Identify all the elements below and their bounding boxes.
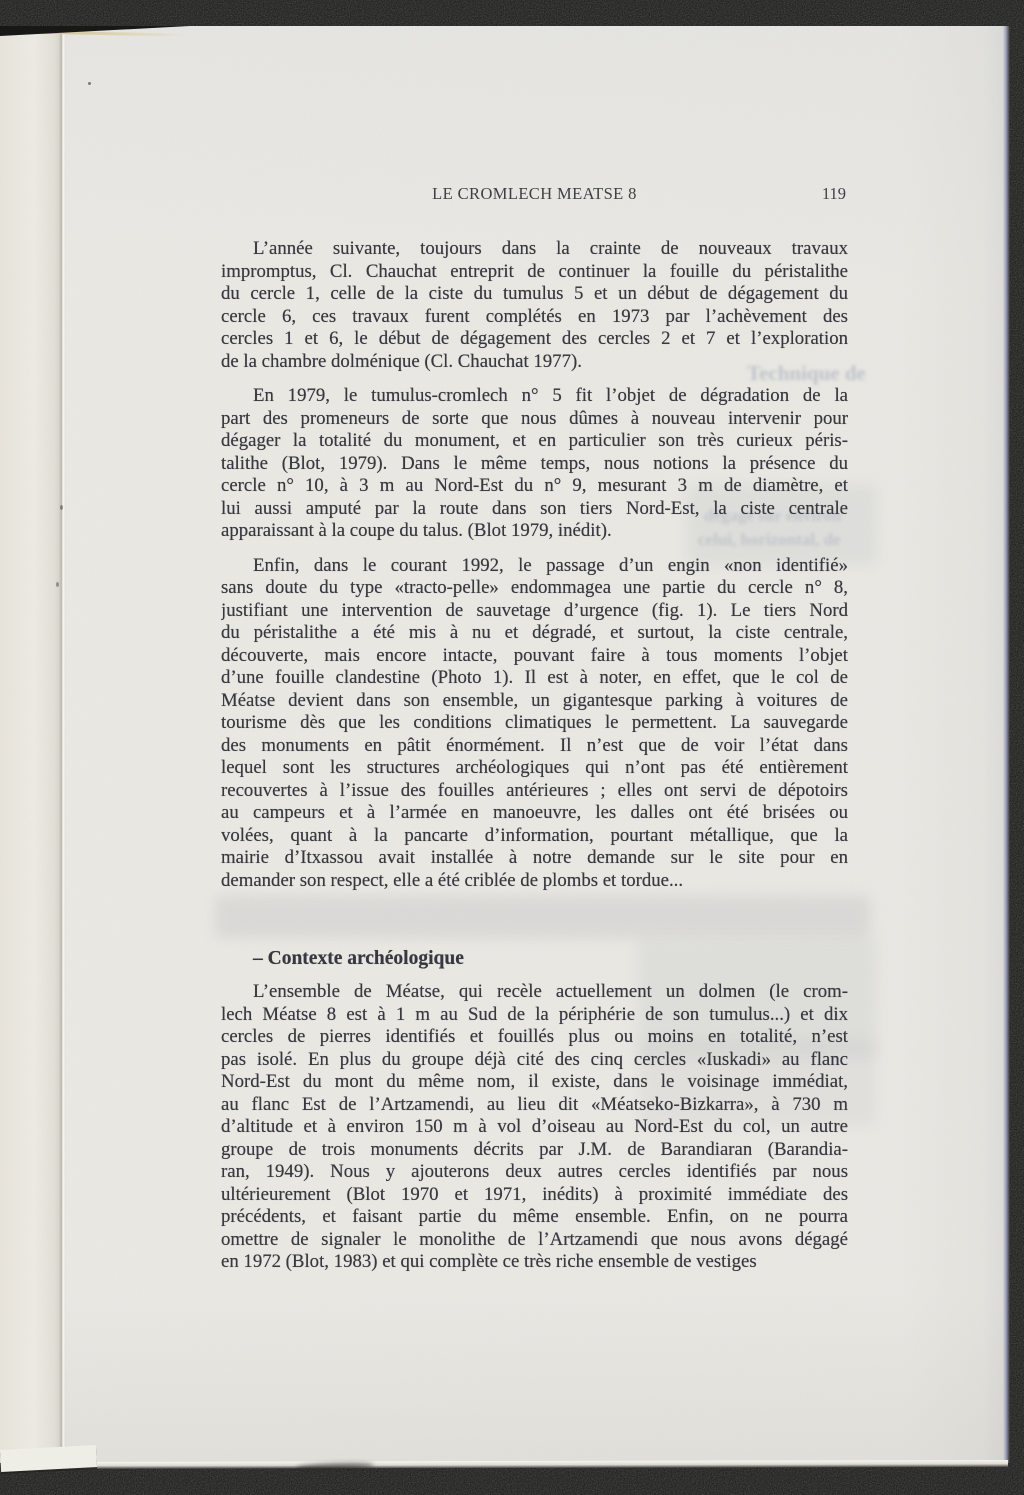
body-line: L’ensemble de Méatse, qui recèle actuell… — [221, 981, 848, 1004]
body-line: Nord-Est du mont du même nom, il existe,… — [221, 1071, 848, 1094]
gutter-crease — [59, 26, 66, 1463]
body-line: justifiant une intervention de sauvetage… — [221, 600, 848, 623]
body-line: ran, 1949). Nous y ajouterons deux autre… — [221, 1161, 848, 1184]
body-line: lui aussi amputé par la route dans son t… — [221, 498, 848, 521]
body-line: sans doute du type «tracto-pelle» endomm… — [221, 577, 848, 600]
section-heading: – Contexte archéologique — [221, 947, 848, 971]
body-line: d’altitude et à environ 150 m à vol d’oi… — [221, 1116, 848, 1139]
body-line: recouvertes à l’issue des fouilles antér… — [221, 780, 848, 803]
body-line: volées, quant à la pancarte d’informatio… — [221, 825, 848, 848]
body-line: cercles de pierres identifiés et fouillé… — [221, 1026, 848, 1049]
body-line: apparaissant à la coupe du talus. (Blot … — [221, 520, 848, 543]
binding-speck — [56, 582, 59, 587]
body-line: mairie d’Itxassou avait installée à notr… — [221, 847, 848, 870]
body-line: Méatse devient dans son ensemble, un gig… — [221, 690, 848, 713]
body-line: talithe (Blot, 1979). Dans le même temps… — [221, 453, 848, 476]
body-line: pas isolé. En plus du groupe déjà cité d… — [221, 1049, 848, 1072]
paper-speck — [88, 82, 91, 85]
body-line: précédents, et faisant partie du même en… — [221, 1206, 848, 1229]
text-block: L’année suivante, toujours dans la crain… — [221, 238, 848, 1286]
body-line: du cercle 1, celle de la ciste du tumulu… — [221, 283, 848, 306]
body-line: demander son respect, elle a été criblée… — [221, 870, 848, 893]
running-title: LE CROMLECH MEATSE 8 — [221, 184, 848, 204]
body-line: En 1979, le tumulus-cromlech n° 5 fit l’… — [221, 385, 848, 408]
body-line: de la chambre dolménique (Cl. Chauchat 1… — [221, 351, 848, 374]
body-paragraph: En 1979, le tumulus-cromlech n° 5 fit l’… — [221, 385, 848, 543]
body-line: groupe de trois monuments décrits par J.… — [221, 1139, 848, 1162]
binding-speck — [60, 505, 63, 510]
body-line: au campeurs et à l’armée en manoeuvre, l… — [221, 802, 848, 825]
body-paragraph: L’ensemble de Méatse, qui recèle actuell… — [221, 981, 848, 1274]
body-line: tourisme dès que les conditions climatiq… — [221, 712, 848, 735]
body-line: au flanc Est de l’Artzamendi, au lieu di… — [221, 1094, 848, 1117]
body-line: du péristalithe a été mis à nu et dégrad… — [221, 622, 848, 645]
body-line: ultérieurement (Blot 1970 et 1971, inédi… — [221, 1184, 848, 1207]
body-line: impromptus, Cl. Chauchat entreprit de co… — [221, 261, 848, 284]
page-number: 119 — [822, 184, 846, 204]
body-paragraph: Enfin, dans le courant 1992, le passage … — [221, 555, 848, 893]
body-line: découverte, mais encore intacte, pouvant… — [221, 645, 848, 668]
body-line: dégager la totalité du monument, et en p… — [221, 430, 848, 453]
body-line: Enfin, dans le courant 1992, le passage … — [221, 555, 848, 578]
body-line: lech Méatse 8 est à 1 m au Sud de la pér… — [221, 1004, 848, 1027]
body-line: en 1972 (Blot, 1983) et qui complète ce … — [221, 1251, 848, 1274]
body-line: L’année suivante, toujours dans la crain… — [221, 238, 848, 261]
body-line: part des promeneurs de sorte que nous dû… — [221, 408, 848, 431]
body-paragraph: L’année suivante, toujours dans la crain… — [221, 238, 848, 373]
body-line: cercle 6, ces travaux furent complétés e… — [221, 306, 848, 329]
body-line: des monuments en pâtit énormément. Il n’… — [221, 735, 848, 758]
page-right-edge — [1003, 26, 1010, 1463]
running-header: LE CROMLECH MEATSE 8 119 — [221, 184, 848, 208]
body-line: cercle n° 10, à 3 m au Nord-Est du n° 9,… — [221, 475, 848, 498]
facing-page-edge — [0, 26, 62, 1463]
body-line: d’une fouille clandestine (Photo 1). Il … — [221, 667, 848, 690]
body-line: lequel sont les structures archéologique… — [221, 757, 848, 780]
body-line: omettre de signaler le monolithe de l’Ar… — [221, 1229, 848, 1252]
body-line: cercles 1 et 6, le début de dégagement d… — [221, 328, 848, 351]
